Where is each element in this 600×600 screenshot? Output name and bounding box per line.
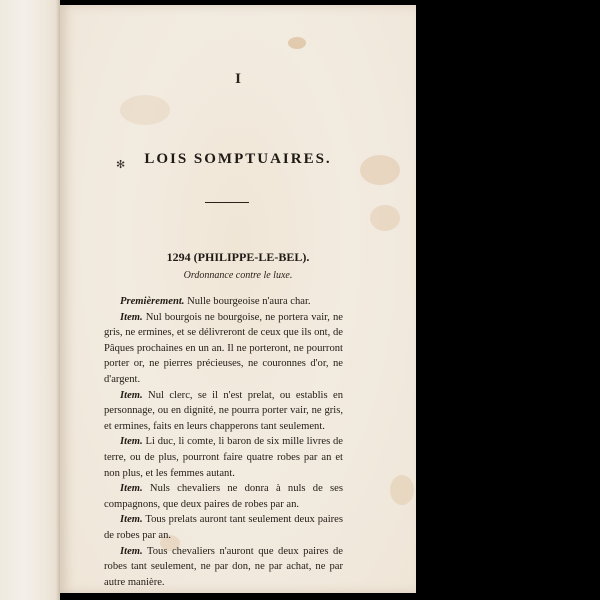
paragraph: Item. Nul bourgois ne bourgoise, ne port… <box>104 310 343 388</box>
paragraph: Item. Li duc, li comte, li baron de six … <box>104 434 343 481</box>
paragraph-lead: Item. <box>120 483 143 494</box>
divider-rule <box>205 202 249 203</box>
foxing-stain <box>288 37 306 49</box>
paragraph: Premièrement. Nulle bourgeoise n'aura ch… <box>104 294 343 310</box>
left-page-edge <box>0 0 60 600</box>
paragraph: Item. Nuls chevaliers ne donra à nuls de… <box>104 481 343 512</box>
paragraph: Item. Nul clerc, se il n'est prelat, ou … <box>104 388 343 435</box>
foxing-stain <box>370 205 400 231</box>
section-heading: 1294 (PHILIPPE-LE-BEL). <box>60 250 416 265</box>
paragraph-text: Nulle bourgeoise n'aura char. <box>184 296 310 307</box>
section-subtitle: Ordonnance contre le luxe. <box>60 270 416 281</box>
paragraph-lead: Premièrement. <box>120 296 184 307</box>
foxing-stain <box>390 475 414 505</box>
chapter-number: I <box>60 71 416 88</box>
paragraph-lead: Item. <box>120 312 143 323</box>
paragraph: Item. Tous prelats auront tant seulement… <box>104 512 343 543</box>
paragraph-lead: Item. <box>120 436 143 447</box>
book-page: I ✻ LOIS SOMPTUAIRES. 1294 (PHILIPPE-LE-… <box>60 5 416 593</box>
body-text: Premièrement. Nulle bourgeoise n'aura ch… <box>104 294 343 590</box>
paragraph: Item. Tous chevaliers n'auront que deux … <box>104 544 343 591</box>
paragraph-lead: Item. <box>120 390 143 401</box>
paragraph-lead: Item. <box>120 546 143 557</box>
foxing-stain <box>120 95 170 125</box>
chapter-title: LOIS SOMPTUAIRES. <box>60 151 416 168</box>
paragraph-lead: Item. <box>120 514 143 525</box>
